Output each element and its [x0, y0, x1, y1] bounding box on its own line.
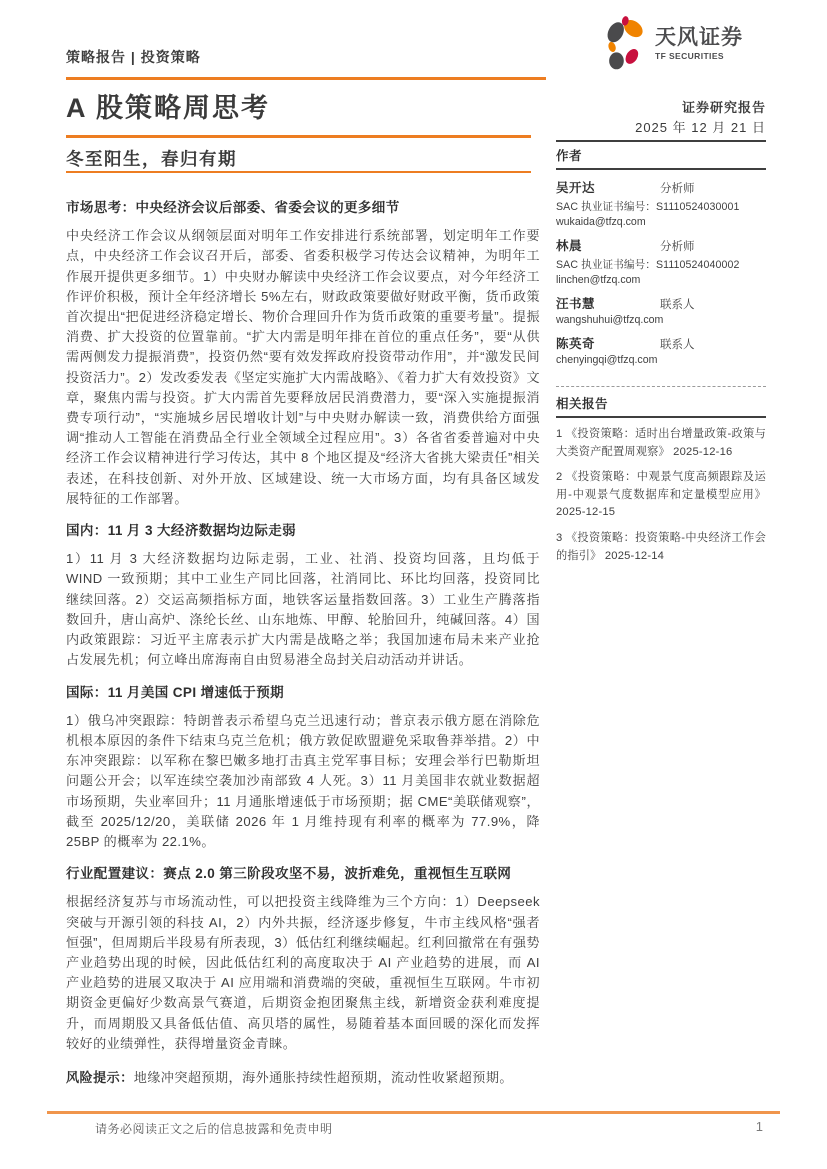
related-reports-box: 相关报告 1 《投资策略：适时出台增量政策-政策与大类资产配置周观察》 2025… — [556, 386, 766, 565]
author-name: 林晨 — [556, 236, 660, 254]
author-entry: 汪书慧 联系人 wangshuhui@tfzq.com — [556, 294, 766, 326]
author-email[interactable]: linchen@tfzq.com — [556, 274, 766, 286]
main-content: 市场思考：中央经济会议后部委、省委会议的更多细节 中央经济工作会议从纲领层面对明… — [66, 190, 540, 1088]
tf-securities-logo: 天风证券 TF SECURITIES — [604, 14, 766, 74]
section-heading: 国内：11 月 3 大经济数据均边际走弱 — [66, 522, 540, 540]
author-role: 分析师 — [660, 180, 695, 196]
title-divider — [66, 135, 531, 138]
author-entry: 陈英奇 联系人 chenyingqi@tfzq.com — [556, 334, 766, 366]
author-role: 联系人 — [660, 296, 695, 312]
related-report-link[interactable]: 1 《投资策略：适时出台增量政策-政策与大类资产配置周观察》 2025-12-1… — [556, 426, 766, 461]
logo-name-en: TF SECURITIES — [655, 52, 743, 61]
report-type-label: 证券研究报告 — [682, 97, 766, 116]
report-subtitle: 冬至阳生，春归有期 — [66, 146, 237, 171]
subtitle-divider — [66, 171, 531, 173]
section-domestic: 国内：11 月 3 大经济数据均边际走弱 1）11 月 3 大经济数据均边际走弱… — [66, 522, 540, 670]
risk-warning-body: 地缘冲突超预期，海外通胀持续性超预期，流动性收紧超预期。 — [134, 1070, 513, 1085]
author-role: 分析师 — [660, 238, 695, 254]
author-email[interactable]: chenyingqi@tfzq.com — [556, 354, 766, 366]
author-email[interactable]: wangshuhui@tfzq.com — [556, 314, 766, 326]
authors-box: 作者 吴开达 分析师 SAC 执业证书编号：S1110524030001 wuk… — [556, 140, 766, 366]
section-international: 国际：11 月美国 CPI 增速低于预期 1）俄乌冲突跟踪：特朗普表示希望乌克兰… — [66, 684, 540, 853]
author-entry: 林晨 分析师 SAC 执业证书编号：S1110524040002 linchen… — [556, 236, 766, 286]
related-report-link[interactable]: 2 《投资策略：中观景气度高频跟踪及运用-中观景气度数据库和定量模型应用》 20… — [556, 469, 766, 522]
section-heading: 行业配置建议：赛点 2.0 第三阶段攻坚不易，波折难免，重视恒生互联网 — [66, 865, 540, 883]
section-body: 中央经济工作会议从纲领层面对明年工作安排进行系统部署，划定明年工作要点，中央经济… — [66, 226, 540, 509]
report-date: 2025 年 12 月 21 日 — [635, 117, 766, 136]
author-email[interactable]: wukaida@tfzq.com — [556, 216, 766, 228]
author-name: 陈英奇 — [556, 334, 660, 352]
footer-disclaimer: 请务必阅读正文之后的信息披露和免责申明 — [95, 1120, 333, 1137]
footer-divider — [47, 1111, 780, 1114]
section-body: 1）俄乌冲突跟踪：特朗普表示希望乌克兰迅速行动；普京表示俄方愿在消除危机根本原因… — [66, 711, 540, 852]
author-role: 联系人 — [660, 336, 695, 352]
sidebar: 作者 吴开达 分析师 SAC 执业证书编号：S1110524030001 wuk… — [556, 140, 766, 565]
kicker-divider — [66, 77, 546, 80]
logo-flower-icon — [604, 15, 648, 73]
report-kicker: 策略报告 | 投资策略 — [66, 47, 201, 67]
logo-wordmark: 天风证券 TF SECURITIES — [655, 27, 743, 61]
author-name: 吴开达 — [556, 178, 660, 196]
risk-warning: 风险提示：地缘冲突超预期，海外通胀持续性超预期，流动性收紧超预期。 — [66, 1068, 540, 1088]
report-page: 策略报告 | 投资策略 天风证券 TF SECURITIES A 股策略周思考 … — [0, 0, 827, 1169]
section-body: 根据经济复苏与市场流动性，可以把投资主线降维为三个方向：1）Deepseek 突… — [66, 892, 540, 1054]
section-allocation: 行业配置建议：赛点 2.0 第三阶段攻坚不易，波折难免，重视恒生互联网 根据经济… — [66, 865, 540, 1054]
page-number: 1 — [756, 1119, 763, 1134]
logo-name-cn: 天风证券 — [655, 27, 743, 49]
author-entry: 吴开达 分析师 SAC 执业证书编号：S1110524030001 wukaid… — [556, 178, 766, 228]
section-heading: 市场思考：中央经济会议后部委、省委会议的更多细节 — [66, 199, 540, 217]
author-cert: SAC 执业证书编号：S1110524040002 — [556, 257, 766, 272]
author-name: 汪书慧 — [556, 294, 660, 312]
related-report-link[interactable]: 3 《投资策略：投资策略-中央经济工作会的指引》 2025-12-14 — [556, 530, 766, 565]
section-body: 1）11 月 3 大经济数据均边际走弱，工业、社消、投资均回落，且均低于 WIN… — [66, 549, 540, 670]
risk-warning-label: 风险提示： — [66, 1070, 134, 1085]
page-title: A 股策略周思考 — [66, 86, 270, 125]
author-cert: SAC 执业证书编号：S1110524030001 — [556, 199, 766, 214]
section-market-thoughts: 市场思考：中央经济会议后部委、省委会议的更多细节 中央经济工作会议从纲领层面对明… — [66, 199, 540, 509]
related-reports-title: 相关报告 — [556, 390, 766, 418]
section-heading: 国际：11 月美国 CPI 增速低于预期 — [66, 684, 540, 702]
authors-title: 作者 — [556, 142, 766, 170]
